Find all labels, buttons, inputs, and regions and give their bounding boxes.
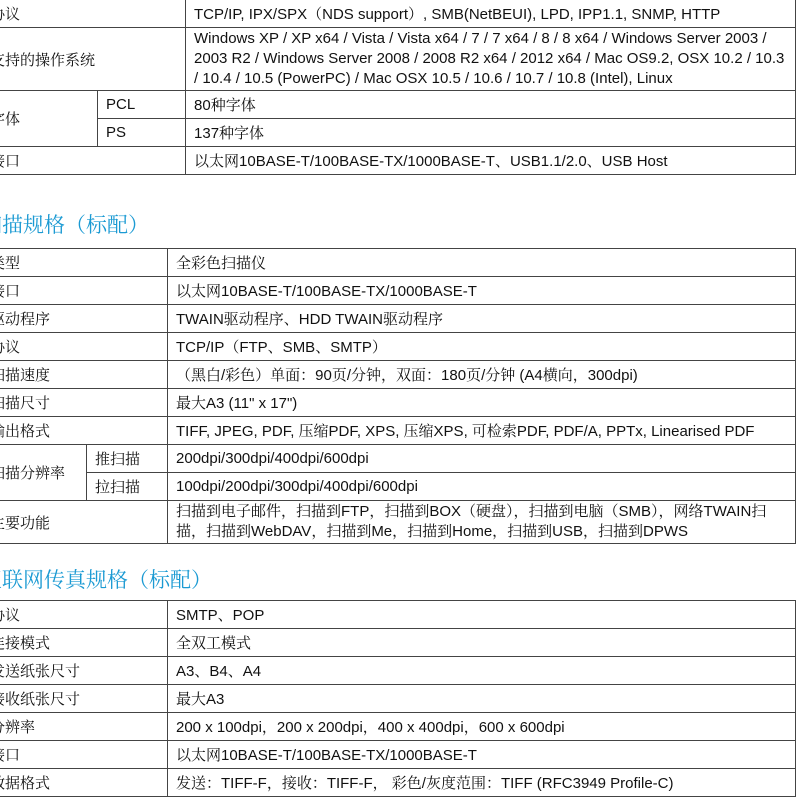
spec-value: Windows XP / XP x64 / Vista / Vista x64 …: [186, 28, 796, 91]
spec-label: 扫描分辨率: [0, 445, 87, 501]
spec-label: 连接模式: [0, 629, 168, 657]
table-row-font-ps: PS 137种字体: [0, 119, 796, 147]
table-row-interface: 接口 以太网10BASE-T/100BASE-TX/1000BASE-T: [0, 277, 796, 305]
spec-value: 最大A3 (11" x 17"): [168, 389, 796, 417]
spec-label: 发送纸张尺寸: [0, 657, 168, 685]
spec-value: 最大A3: [168, 685, 796, 713]
table-row-font-pcl: 字体 PCL 80种字体: [0, 91, 796, 119]
spec-value: SMTP、POP: [168, 601, 796, 629]
spec-label: 接收纸张尺寸: [0, 685, 168, 713]
spec-label: 协议: [0, 333, 168, 361]
spec-label: 接口: [0, 741, 168, 769]
table-row-resolution-pull: 拉扫描 100dpi/200dpi/300dpi/400dpi/600dpi: [0, 473, 796, 501]
spec-value: 以太网10BASE-T/100BASE-TX/1000BASE-T: [168, 277, 796, 305]
spec-label: 支持的操作系统: [0, 28, 186, 91]
spec-sublabel: 推扫描: [87, 445, 168, 473]
spec-value: 以太网10BASE-T/100BASE-TX/1000BASE-T、USB1.1…: [186, 147, 796, 175]
table-row-interface: 接口 以太网10BASE-T/100BASE-TX/1000BASE-T: [0, 741, 796, 769]
table-row-driver: 驱动程序 TWAIN驱动程序、HDD TWAIN驱动程序: [0, 305, 796, 333]
spec-value: TIFF, JPEG, PDF, 压缩PDF, XPS, 压缩XPS, 可检索P…: [168, 417, 796, 445]
spec-value: 发送：TIFF-F，接收：TIFF-F， 彩色/灰度范围：TIFF (RFC39…: [168, 769, 796, 797]
spec-label: 类型: [0, 249, 168, 277]
spec-label: 协议: [0, 601, 168, 629]
spec-value: 137种字体: [186, 119, 796, 147]
table-row-protocol: 协议 SMTP、POP: [0, 601, 796, 629]
spec-value: 以太网10BASE-T/100BASE-TX/1000BASE-T: [168, 741, 796, 769]
spec-label: 输出格式: [0, 417, 168, 445]
table-row-receive-paper-size: 接收纸张尺寸 最大A3: [0, 685, 796, 713]
spec-sublabel: PCL: [98, 91, 186, 119]
spec-value: TCP/IP, IPX/SPX（NDS support）, SMB(NetBEU…: [186, 0, 796, 28]
table-row-resolution: 分辨率 200 x 100dpi，200 x 200dpi，400 x 400d…: [0, 713, 796, 741]
table-row-data-format: 数据格式 发送：TIFF-F，接收：TIFF-F， 彩色/灰度范围：TIFF (…: [0, 769, 796, 797]
table-row-resolution-push: 扫描分辨率 推扫描 200dpi/300dpi/400dpi/600dpi: [0, 445, 796, 473]
table-row-functions: 主要功能 扫描到电子邮件，扫描到FTP，扫描到BOX（硬盘），扫描到电脑（SMB…: [0, 501, 796, 544]
table-row-protocol: 协议 TCP/IP（FTP、SMB、SMTP）: [0, 333, 796, 361]
spec-label: 数据格式: [0, 769, 168, 797]
spec-value: 200dpi/300dpi/400dpi/600dpi: [168, 445, 796, 473]
spec-page: 协议 TCP/IP, IPX/SPX（NDS support）, SMB(Net…: [0, 0, 800, 797]
spec-label: 协议: [0, 0, 186, 28]
spec-sublabel: PS: [98, 119, 186, 147]
table-row-send-paper-size: 发送纸张尺寸 A3、B4、A4: [0, 657, 796, 685]
spec-value: TWAIN驱动程序、HDD TWAIN驱动程序: [168, 305, 796, 333]
table-row-speed: 扫描速度 （黑白/彩色）单面：90页/分钟，双面：180页/分钟 (A4横向，3…: [0, 361, 796, 389]
spec-value: A3、B4、A4: [168, 657, 796, 685]
spec-value: 80种字体: [186, 91, 796, 119]
scan-section-title: 扫描规格（标配）: [0, 211, 800, 241]
spec-sublabel: 拉扫描: [87, 473, 168, 501]
spec-value: TCP/IP（FTP、SMB、SMTP）: [168, 333, 796, 361]
table-row-connection-mode: 连接模式 全双工模式: [0, 629, 796, 657]
table-row-output-format: 输出格式 TIFF, JPEG, PDF, 压缩PDF, XPS, 压缩XPS,…: [0, 417, 796, 445]
spec-label: 驱动程序: [0, 305, 168, 333]
spec-value: 200 x 100dpi，200 x 200dpi，400 x 400dpi，6…: [168, 713, 796, 741]
table-row-os: 支持的操作系统 Windows XP / XP x64 / Vista / Vi…: [0, 28, 796, 91]
spec-label: 字体: [0, 91, 98, 147]
printer-spec-table: 协议 TCP/IP, IPX/SPX（NDS support）, SMB(Net…: [0, 0, 796, 175]
spec-value: 全双工模式: [168, 629, 796, 657]
spec-label: 扫描尺寸: [0, 389, 168, 417]
table-row-interface: 接口 以太网10BASE-T/100BASE-TX/1000BASE-T、USB…: [0, 147, 796, 175]
table-row-type: 类型 全彩色扫描仪: [0, 249, 796, 277]
fax-section-title: 互联网传真规格（标配）: [0, 566, 800, 596]
table-row-size: 扫描尺寸 最大A3 (11" x 17"): [0, 389, 796, 417]
scan-spec-table: 类型 全彩色扫描仪 接口 以太网10BASE-T/100BASE-TX/1000…: [0, 248, 796, 544]
fax-spec-table: 协议 SMTP、POP 连接模式 全双工模式 发送纸张尺寸 A3、B4、A4 接…: [0, 600, 796, 797]
spec-label: 分辨率: [0, 713, 168, 741]
spec-label: 接口: [0, 277, 168, 305]
spec-value: 扫描到电子邮件，扫描到FTP，扫描到BOX（硬盘），扫描到电脑（SMB），网络T…: [168, 501, 796, 544]
spec-value: 全彩色扫描仪: [168, 249, 796, 277]
spec-value: （黑白/彩色）单面：90页/分钟，双面：180页/分钟 (A4横向，300dpi…: [168, 361, 796, 389]
table-row-protocol: 协议 TCP/IP, IPX/SPX（NDS support）, SMB(Net…: [0, 0, 796, 28]
spec-label: 扫描速度: [0, 361, 168, 389]
spec-value: 100dpi/200dpi/300dpi/400dpi/600dpi: [168, 473, 796, 501]
spec-label: 主要功能: [0, 501, 168, 544]
spec-label: 接口: [0, 147, 186, 175]
